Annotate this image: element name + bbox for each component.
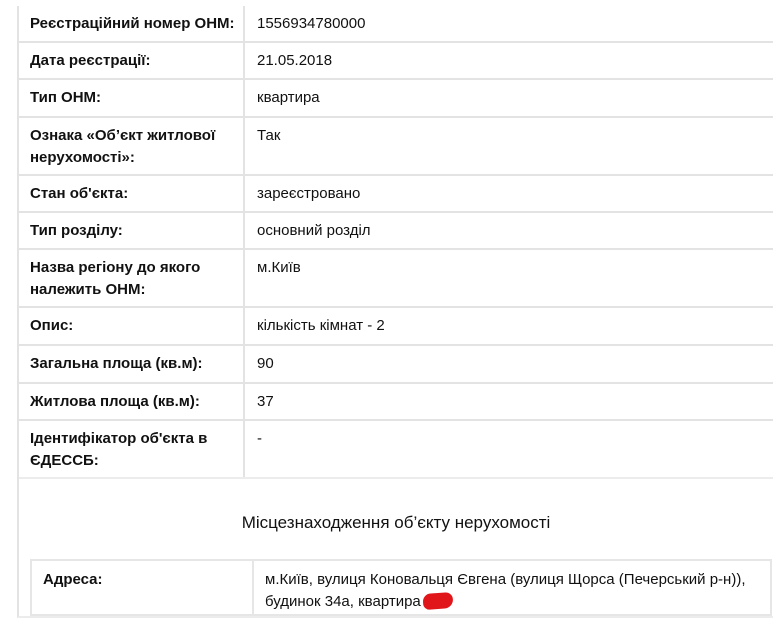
row-label-edessb-id: Ідентифікатор об'єкта в ЄДЕССБ: — [19, 420, 244, 478]
table-row: Тип розділу: основний розділ — [19, 212, 773, 249]
table-row: Стан об'єкта: зареєстровано — [19, 175, 773, 212]
row-value-edessb-id: - — [244, 420, 773, 478]
row-value-living-area: 37 — [244, 383, 773, 420]
table-row: Тип ОНМ: квартира — [19, 79, 773, 117]
row-value-region: м.Київ — [244, 249, 773, 307]
row-value-object-type: квартира — [244, 79, 773, 117]
row-value-section-type: основний розділ — [244, 212, 773, 249]
row-value-residential-flag: Так — [244, 117, 773, 175]
address-value-cell: м.Київ, вулиця Коновальця Євгена (вулиця… — [254, 561, 770, 614]
table-row: Житлова площа (кв.м): 37 — [19, 383, 773, 420]
table-row: Ознака «Об’єкт житлової нерухомості»: Та… — [19, 117, 773, 175]
property-record-section: Реєстраційний номер ОНМ: 1556934780000 Д… — [17, 6, 773, 618]
row-value-description: кількість кімнат - 2 — [244, 307, 773, 345]
table-row: Ідентифікатор об'єкта в ЄДЕССБ: - — [19, 420, 773, 478]
row-value-registration-number: 1556934780000 — [244, 6, 773, 42]
row-label-object-status: Стан об'єкта: — [19, 175, 244, 212]
table-row: Опис: кількість кімнат - 2 — [19, 307, 773, 345]
table-row: Дата реєстрації: 21.05.2018 — [19, 42, 773, 79]
row-label-residential-flag: Ознака «Об’єкт житлової нерухомості»: — [19, 117, 244, 175]
row-label-description: Опис: — [19, 307, 244, 345]
row-label-registration-date: Дата реєстрації: — [19, 42, 244, 79]
address-table: Адреса: м.Київ, вулиця Коновальця Євгена… — [30, 559, 772, 616]
row-value-object-status: зареєстровано — [244, 175, 773, 212]
row-label-object-type: Тип ОНМ: — [19, 79, 244, 117]
address-label: Адреса: — [32, 561, 254, 614]
property-info-table: Реєстраційний номер ОНМ: 1556934780000 Д… — [19, 6, 773, 479]
row-label-region: Назва регіону до якого належить ОНМ: — [19, 249, 244, 307]
location-heading: Місцезнаходження об’єкту нерухомості — [19, 513, 773, 533]
redaction-mark — [422, 592, 453, 610]
row-label-total-area: Загальна площа (кв.м): — [19, 345, 244, 383]
row-label-section-type: Тип розділу: — [19, 212, 244, 249]
row-label-living-area: Житлова площа (кв.м): — [19, 383, 244, 420]
row-value-registration-date: 21.05.2018 — [244, 42, 773, 79]
row-label-registration-number: Реєстраційний номер ОНМ: — [19, 6, 244, 42]
table-row: Загальна площа (кв.м): 90 — [19, 345, 773, 383]
table-row: Назва регіону до якого належить ОНМ: м.К… — [19, 249, 773, 307]
address-value: м.Київ, вулиця Коновальця Євгена (вулиця… — [265, 571, 746, 610]
table-row: Реєстраційний номер ОНМ: 1556934780000 — [19, 6, 773, 42]
row-value-total-area: 90 — [244, 345, 773, 383]
